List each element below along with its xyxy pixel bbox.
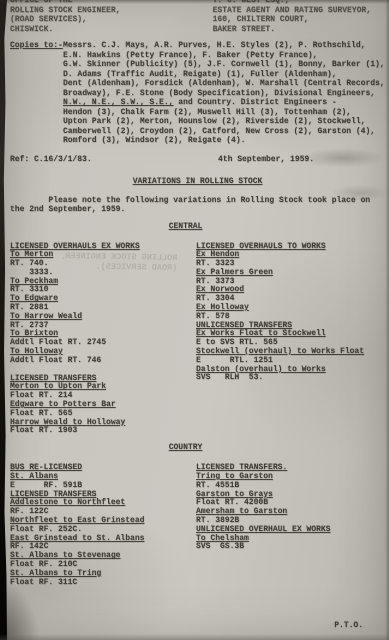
- addressee-address: T. C. WEST ESQ., ESTATE AGENT AND RATING…: [213, 0, 371, 34]
- copies-line: N.W., N.E., S.W., S.E., and Country. Dis…: [63, 98, 385, 108]
- stock-entry: To Brixton Addtl Float RT. 2745: [10, 330, 196, 348]
- copies-line: Messrs. C.J. Mays, A.R. Purves, H.E. Sty…: [63, 41, 385, 51]
- scan-edge-right: [385, 0, 389, 640]
- copies-line: E.N. Hawkins (Petty France), F. Baker (P…: [63, 51, 385, 61]
- stock-entry: Northfleet to East Grinstead Float RF. 2…: [10, 517, 196, 535]
- letterhead: OFFICE OF THE ROLLING STOCK ENGINEER, (R…: [10, 0, 385, 34]
- stock-entry: Ex Hendon RT. 3323: [196, 251, 385, 269]
- group-licensed-transfers-country: LICENSED TRANSFERS Addlestone to Northfl…: [10, 491, 196, 588]
- stock-entry: East Grinstead to St. Albans RF. 142C: [10, 535, 196, 553]
- copies-line: Camberwell (2), Croydon (2), Catford, Ne…: [63, 127, 385, 137]
- stock-entry: Stockwell (overhaul) to Works Float E RT…: [196, 348, 385, 366]
- country-columns: BUS RE-LICENSED St. Albans E RF. 591B LI…: [10, 464, 385, 587]
- copies-line: Hendon (3), Chalk Farm (2), Muswell Hill…: [63, 108, 385, 118]
- group-overhauls-to-works: LICENSED OVERHAULS TO WORKS Ex Hendon RT…: [196, 243, 385, 322]
- country-right-column: LICENSED TRANSFERS. Tring to Garston RT.…: [196, 464, 385, 552]
- copies-line: Dent (Aldenham), Forsdick (Aldenham), W.…: [63, 79, 385, 89]
- group-bus-relicensed: BUS RE-LICENSED St. Albans E RF. 591B: [10, 464, 196, 490]
- stock-entry: Ex Palmers Green RT. 3373: [196, 269, 385, 287]
- stock-entry: Ex Norwood RT. 3304: [196, 286, 385, 304]
- stock-entry: Ex Works Float to Stockwell E to SVS RTL…: [196, 330, 385, 348]
- fleet-number: SVS RLH 53.: [196, 374, 385, 383]
- copies-list: Messrs. C.J. Mays, A.R. Purves, H.E. Sty…: [63, 41, 385, 146]
- stock-entry: Ex Holloway RT. 578: [196, 304, 385, 322]
- stock-entry: To Edgware RT. 2881: [10, 295, 196, 313]
- fleet-number: Float RT. 1903: [10, 427, 196, 436]
- stock-entry: Tring to Garston RT. 4551B: [196, 473, 385, 491]
- copies-label: Copies to:-: [10, 41, 63, 146]
- copies-line: G.W. Skinner (Publicity) (5), J.F. Cornw…: [63, 60, 385, 70]
- stock-entry: Addlestone to Northfleet RF. 122C: [10, 499, 196, 517]
- stock-entry: St. Albans E RF. 591B: [10, 473, 196, 491]
- memo-document: OFFICE OF THE ROLLING STOCK ENGINEER, (R…: [0, 0, 389, 640]
- ink-smudge: [330, 185, 389, 201]
- copies-block: Copies to:- Messrs. C.J. Mays, A.R. Purv…: [10, 41, 385, 146]
- scan-edge-top: [0, 0, 389, 4]
- fleet-number: Addtl Float RT. 746: [10, 357, 196, 366]
- stock-entry: To Harrow Weald RT. 2737: [10, 313, 196, 331]
- intro-paragraph: Please note the following variations in …: [10, 196, 385, 215]
- central-left-column: LICENSED OVERHAULS EX WORKS To Merton RT…: [10, 243, 196, 437]
- stock-entry: To Merton RT. 740. 3333.: [10, 251, 196, 277]
- stock-entry: Merton to Upton Park Float RT. 214: [10, 383, 196, 401]
- copies-line: Broadway), F.E. Stone (Body Specificatio…: [63, 89, 385, 99]
- document-title: VARIATIONS IN ROLLING STOCK: [10, 177, 385, 186]
- stock-entry: To Chelsham SVS GS.3B: [196, 535, 385, 553]
- group-licensed-transfers-country-right: LICENSED TRANSFERS. Tring to Garston RT.…: [196, 464, 385, 526]
- central-right-column: LICENSED OVERHAULS TO WORKS Ex Hendon RT…: [196, 243, 385, 384]
- stock-entry: To Holloway Addtl Float RT. 746: [10, 348, 196, 366]
- group-licensed-transfers: LICENSED TRANSFERS Merton to Upton Park …: [10, 375, 196, 437]
- ink-smudge: [300, 148, 386, 168]
- group-overhauls-ex-works: LICENSED OVERHAULS EX WORKS To Merton RT…: [10, 243, 196, 366]
- group-unlicensed-overhaul-ex-works: UNLICENSED OVERHAUL EX WORKS To Chelsham…: [196, 526, 385, 552]
- stock-entry: Edgware to Potters Bar Float RT. 565: [10, 401, 196, 419]
- fleet-number: RT. 740. 3333.: [10, 260, 196, 278]
- scan-edge-bottom: [0, 634, 389, 640]
- stock-entry: Harrow Weald to Holloway Float RT. 1903: [10, 419, 196, 437]
- central-columns: LICENSED OVERHAULS EX WORKS To Merton RT…: [10, 243, 385, 437]
- copies-line: Romford (3), Windsor (2), Reigate (4).: [63, 136, 385, 146]
- stock-entry: Amersham to Garston RT. 3892B: [196, 508, 385, 526]
- section-heading-country: COUNTRY: [0, 443, 373, 452]
- reference-number: Ref: C.16/3/1/83.: [10, 155, 92, 164]
- scanned-memo-page: ROLLING STOCK ENGINEER, (ROAD SERVICES).…: [0, 0, 389, 640]
- section-heading-central: CENTRAL: [0, 222, 373, 231]
- stock-entry: To Peckham RT. 3310: [10, 278, 196, 296]
- stock-entry: Garston to Grays Float RT. 4200B: [196, 491, 385, 509]
- copies-line: D. Adams (Traffic Audit, Reigate) (1), F…: [63, 70, 385, 80]
- group-unlicensed-transfers: UNLICENSED TRANSFERS Ex Works Float to S…: [196, 322, 385, 384]
- office-address: OFFICE OF THE ROLLING STOCK ENGINEER, (R…: [10, 0, 120, 34]
- pto-note: P.T.O.: [334, 621, 363, 630]
- fleet-number: SVS GS.3B: [196, 543, 385, 552]
- stock-entry: St. Albans to Stevenage Float RF. 210C: [10, 552, 196, 570]
- country-left-column: BUS RE-LICENSED St. Albans E RF. 591B LI…: [10, 464, 196, 587]
- copies-line: Upton Park (2), Merton, Hounslow (2), Ri…: [63, 117, 385, 127]
- stock-entry: Dalston (overhaul) to Works SVS RLH 53.: [196, 366, 385, 384]
